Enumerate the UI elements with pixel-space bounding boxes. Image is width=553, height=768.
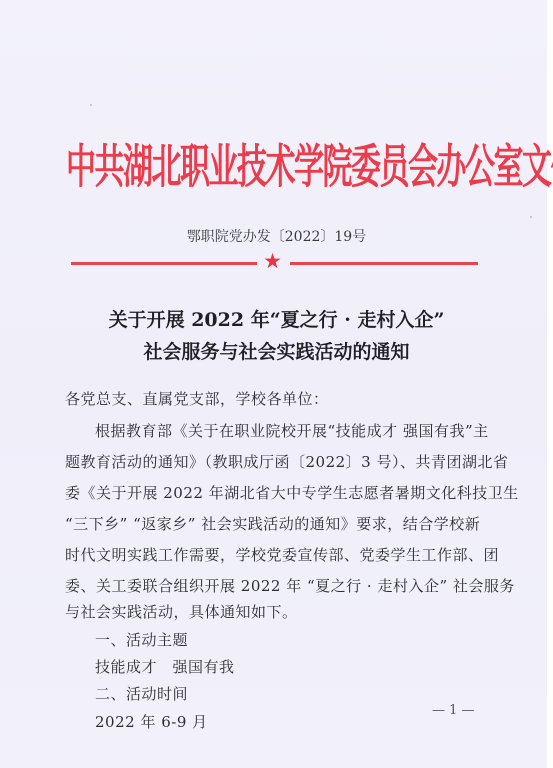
star-icon: ★ [262,251,283,272]
separator-line-left [71,262,257,265]
body-line: 题教育活动的通知》（教职成厅函〔2022〕3 号）、共青团湖北省 [65,451,509,472]
body-line: 委、关工委联合组织开展 2022 年 “夏之行 · 走村入企” 社会服务 [65,575,515,596]
page-number: — 1 — [432,703,475,718]
body-line: 时代文明实践工作需要，学校党委宣传部、党委学生工作部、团 [65,544,499,565]
document-number: 鄂职院党办发〔2022〕19号 [0,226,553,246]
section-content-time: 2022 年 6-9 月 [95,711,208,732]
body-line: 与社会实践活动，具体通知如下。 [65,601,298,622]
document-title-line-2: 社会服务与社会实践活动的通知 [0,337,553,364]
section-heading-time: 二、活动时间 [95,683,188,704]
salutation: 各党总支、直属党支部，学校各单位： [65,388,329,409]
page-edge [547,0,553,768]
section-heading-theme: 一、活动主题 [95,629,188,650]
document-title-line-1: 关于开展 2022 年“夏之行 · 走村入企” [0,305,553,332]
masthead-title: 中共湖北职业技术学院委员会办公室文件 [66,128,486,196]
scan-speck [90,104,92,106]
body-line: 委《关于开展 2022 年湖北省大中专学生志愿者暑期文化科技卫生 [65,482,519,503]
body-line: 根据教育部《关于在职业院校开展“技能成才 强国有我”主 [95,420,489,441]
document-page: 中共湖北职业技术学院委员会办公室文件 鄂职院党办发〔2022〕19号 ★ 关于开… [0,0,553,768]
section-content-theme: 技能成才 强国有我 [95,656,235,677]
scan-speck [530,216,532,218]
body-line: “三下乡” “返家乡” 社会实践活动的通知》要求，结合学校新 [65,513,480,534]
separator-line-right [290,262,478,265]
